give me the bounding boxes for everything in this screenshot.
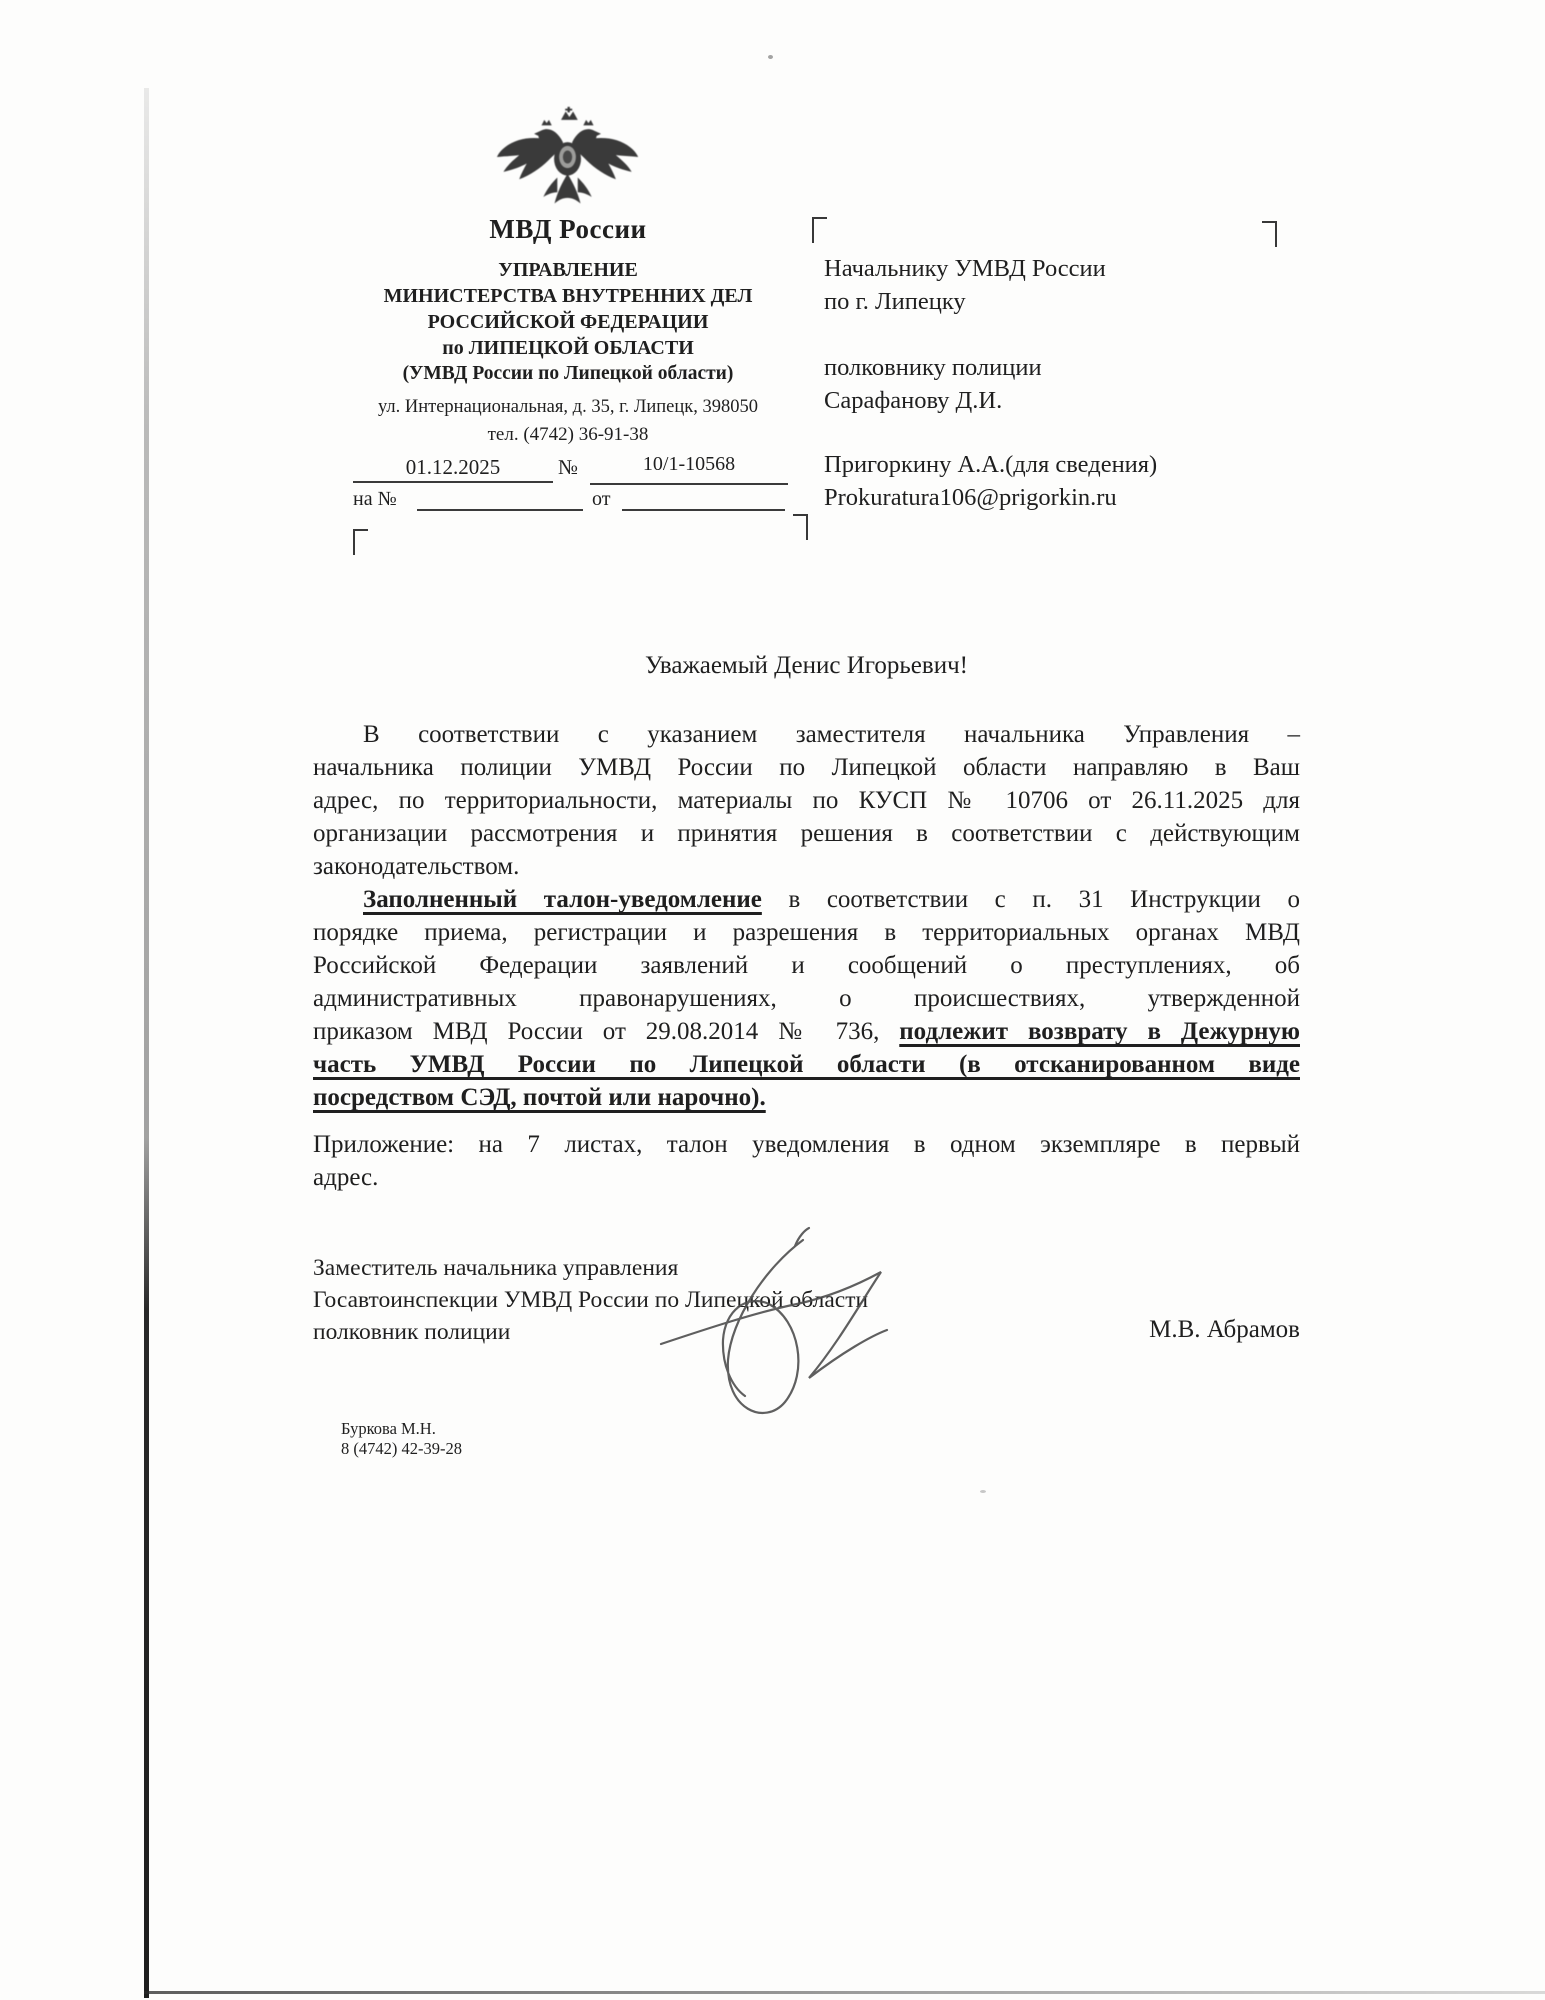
scanned-letter-page: МВД России УПРАВЛЕНИЕ МИНИСТЕРСТВА ВНУТР…	[0, 0, 1545, 2000]
date-underline	[353, 481, 553, 483]
attachment-line: адрес.	[313, 1161, 1300, 1194]
body-line: законодательством.	[313, 850, 1300, 883]
org-address: ул. Интернациональная, д. 35, г. Липецк,…	[368, 397, 768, 418]
corner-bracket-reference-left-icon	[353, 529, 368, 555]
number-sign: №	[558, 455, 578, 480]
attachment-line: Приложение: на 7 листах, талон уведомлен…	[313, 1128, 1300, 1161]
emphasized-text: подлежит возврату в Дежурную	[899, 1018, 1300, 1045]
body-text: приказом МВД России от 29.08.2014 № 736,	[313, 1018, 879, 1045]
recipient-line: полковнику полиции	[824, 351, 1284, 384]
executor-phone: 8 (4742) 42-39-28	[341, 1439, 462, 1459]
doc-date: 01.12.2025	[353, 455, 553, 480]
recipient-line: Сарафанову Д.И.	[824, 384, 1284, 417]
body-line: административных правонарушениях, о прои…	[313, 982, 1300, 1015]
mvd-eagle-emblem-icon	[496, 104, 640, 210]
body-line: Заполненный талон-уведомление в соответс…	[313, 883, 1300, 916]
recipient-block: Начальнику УМВД России по г. Липецку пол…	[824, 252, 1284, 514]
reply-from-underline	[622, 509, 785, 511]
org-name-line: МИНИСТЕРСТВА ВНУТРЕННИХ ДЕЛ	[368, 283, 768, 309]
body-line: В соответствии с указанием заместителя н…	[313, 718, 1300, 751]
org-name-line: УПРАВЛЕНИЕ	[368, 257, 768, 283]
executor-name: Буркова М.Н.	[341, 1419, 462, 1439]
attachment-note: Приложение: на 7 листах, талон уведомлен…	[313, 1128, 1300, 1194]
body-line: приказом МВД России от 29.08.2014 № 736,…	[313, 1015, 1300, 1048]
body-line: начальника полиции УМВД России по Липецк…	[313, 751, 1300, 784]
org-name-paren: (УМВД России по Липецкой области)	[368, 361, 768, 387]
scan-speck	[980, 1490, 986, 1493]
emphasized-text: Заполненный талон-уведомление	[363, 886, 762, 913]
org-name-block: УПРАВЛЕНИЕ МИНИСТЕРСТВА ВНУТРЕННИХ ДЕЛ Р…	[368, 257, 768, 387]
handwritten-signature-icon	[645, 1224, 905, 1442]
emphasized-text: часть УМВД России по Липецкой области (в…	[313, 1051, 1300, 1078]
body-line: Российской Федерации заявлений и сообщен…	[313, 949, 1300, 982]
body-line: посредством СЭД, почтой или нарочно).	[313, 1081, 1300, 1114]
reply-from-label: от	[592, 488, 610, 511]
org-phone: тел. (4742) 36-91-38	[368, 424, 768, 446]
doc-number: 10/1-10568	[590, 453, 788, 476]
body-line: часть УМВД России по Липецкой области (в…	[313, 1048, 1300, 1081]
emphasized-text: посредством СЭД, почтой или нарочно).	[313, 1084, 766, 1111]
salutation: Уважаемый Денис Игорьевич!	[313, 652, 1300, 680]
recipient-line: Пригоркину А.А.(для сведения)	[824, 448, 1284, 481]
org-name-line: РОССИЙСКОЙ ФЕДЕРАЦИИ	[368, 309, 768, 335]
scan-edge-artifact-left	[144, 88, 149, 1998]
number-underline	[590, 483, 788, 485]
scan-edge-artifact-bottom	[144, 1991, 1545, 1994]
body-line: порядке приема, регистрации и разрешения…	[313, 916, 1300, 949]
reply-ref-label: на №	[353, 488, 397, 511]
scan-speck	[768, 55, 773, 59]
signer-name: М.В. Абрамов	[1000, 1316, 1300, 1344]
reply-ref-underline	[417, 509, 583, 511]
body-line: организации рассмотрения и принятия реше…	[313, 817, 1300, 850]
paragraph-1: В соответствии с указанием заместителя н…	[313, 718, 1300, 883]
paragraph-2: Заполненный талон-уведомление в соответс…	[313, 883, 1300, 1114]
org-name-line: по ЛИПЕЦКОЙ ОБЛАСТИ	[368, 335, 768, 361]
corner-bracket-reference-right-icon	[793, 514, 808, 540]
corner-bracket-addressee-left-icon	[812, 217, 827, 243]
org-name-short: МВД России	[368, 214, 768, 245]
executor-block: Буркова М.Н. 8 (4742) 42-39-28	[341, 1419, 462, 1459]
body-text: в соответствии с п. 31 Инструкции о	[788, 886, 1300, 913]
recipient-line: по г. Липецку	[824, 285, 1284, 318]
corner-bracket-addressee-right-icon	[1262, 221, 1277, 247]
recipient-line: Начальнику УМВД России	[824, 252, 1284, 285]
body-line: адрес, по территориальности, материалы п…	[313, 784, 1300, 817]
recipient-email: Prokuratura106@prigorkin.ru	[824, 481, 1284, 514]
